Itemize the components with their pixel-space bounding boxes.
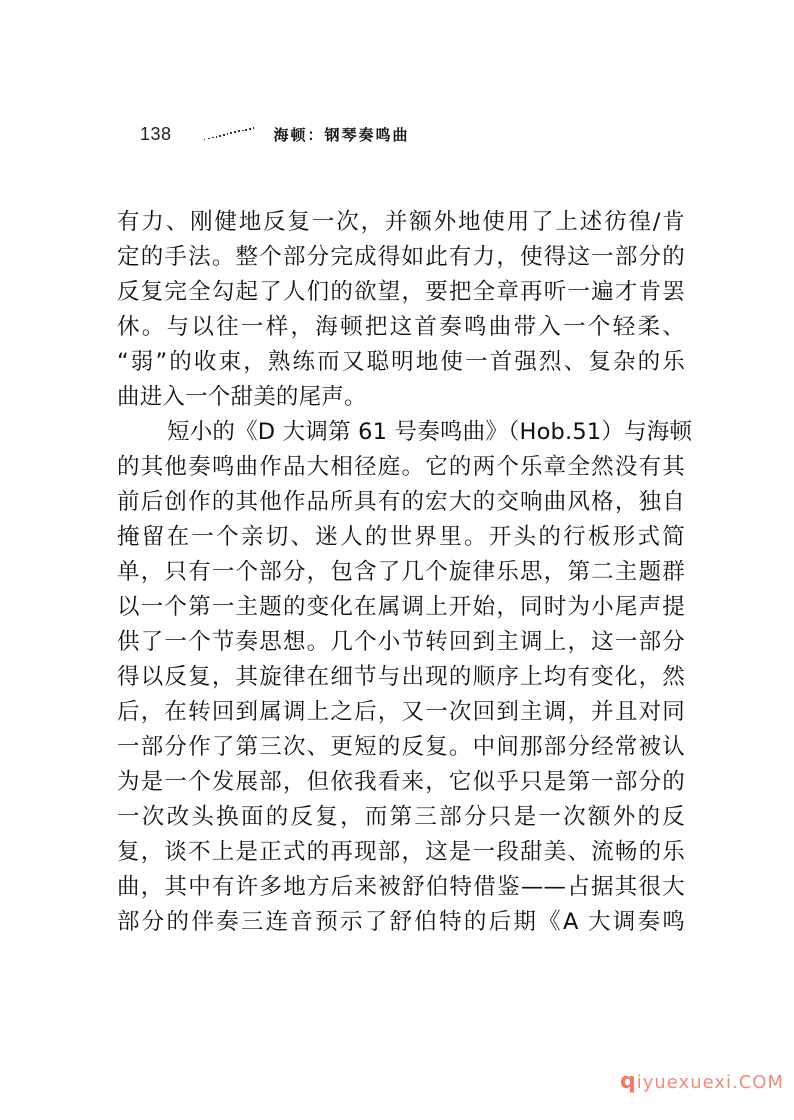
body-text: 有力、刚健地反复一次，并额外地使用了上述彷徨/肯 定的手法。整个部分完成得如此有… xyxy=(117,205,685,940)
text-line: 以一个第一主题的变化在属调上开始，同时为小尾声提 xyxy=(117,590,685,625)
header-ornament-icon xyxy=(202,126,256,142)
text-line: 掩留在一个亲切、迷人的世界里。开头的行板形式简 xyxy=(117,520,685,555)
text-line: 前后创作的其他作品所具有的宏大的交响曲风格，独自 xyxy=(117,485,685,520)
watermark: qiyuexuexi.COM xyxy=(620,1069,784,1094)
text-line: 单，只有一个部分，包含了几个旋律乐思，第二主题群 xyxy=(117,555,685,590)
paragraph-2: 短小的《D 大调第 61 号奏鸣曲》（Hob.51）与海顿 的其他奏鸣曲作品大相… xyxy=(117,415,685,940)
text-line: 后，在转回到属调上之后，又一次回到主调，并且对同 xyxy=(117,695,685,730)
text-line: 曲进入一个甜美的尾声。 xyxy=(117,380,685,415)
text-line: 复，谈不上是正式的再现部，这是一段甜美、流畅的乐 xyxy=(117,835,685,870)
text-line: 一次改头换面的反复，而第三部分只是一次额外的反 xyxy=(117,800,685,835)
text-line: 一部分作了第三次、更短的反复。中间那部分经常被认 xyxy=(117,730,685,765)
watermark-text: iyuexuexi.COM xyxy=(637,1072,784,1093)
text-line: 为是一个发展部，但依我看来，它似乎只是第一部分的 xyxy=(117,765,685,800)
page-number: 138 xyxy=(140,124,172,145)
text-line: 部分的伴奏三连音预示了舒伯特的后期《A 大调奏鸣 xyxy=(117,905,685,940)
text-line: 休。与以往一样，海顿把这首奏鸣曲带入一个轻柔、 xyxy=(117,310,685,345)
watermark-logo-letter: q xyxy=(620,1069,637,1094)
text-line: 短小的《D 大调第 61 号奏鸣曲》（Hob.51）与海顿 xyxy=(117,415,685,450)
document-page: 138 xyxy=(0,0,794,1120)
running-head: 138 xyxy=(140,122,410,146)
text-line: 曲，其中有许多地方后来被舒伯特借鉴——占据其很大 xyxy=(117,870,685,905)
text-line: 反复完全勾起了人们的欲望，要把全章再听一遍才肯罢 xyxy=(117,275,685,310)
text-line: 的其他奏鸣曲作品大相径庭。它的两个乐章全然没有其 xyxy=(117,450,685,485)
text-line: 定的手法。整个部分完成得如此有力，使得这一部分的 xyxy=(117,240,685,275)
running-title: 海顿：钢琴奏鸣曲 xyxy=(274,124,410,145)
text-line: 得以反复，其旋律在细节与出现的顺序上均有变化，然 xyxy=(117,660,685,695)
paragraph-1: 有力、刚健地反复一次，并额外地使用了上述彷徨/肯 定的手法。整个部分完成得如此有… xyxy=(117,205,685,415)
text-line: 供了一个节奏思想。几个小节转回到主调上，这一部分 xyxy=(117,625,685,660)
text-line: “弱”的收束，熟练而又聪明地使一首强烈、复杂的乐 xyxy=(117,345,685,380)
text-line: 有力、刚健地反复一次，并额外地使用了上述彷徨/肯 xyxy=(117,205,685,240)
